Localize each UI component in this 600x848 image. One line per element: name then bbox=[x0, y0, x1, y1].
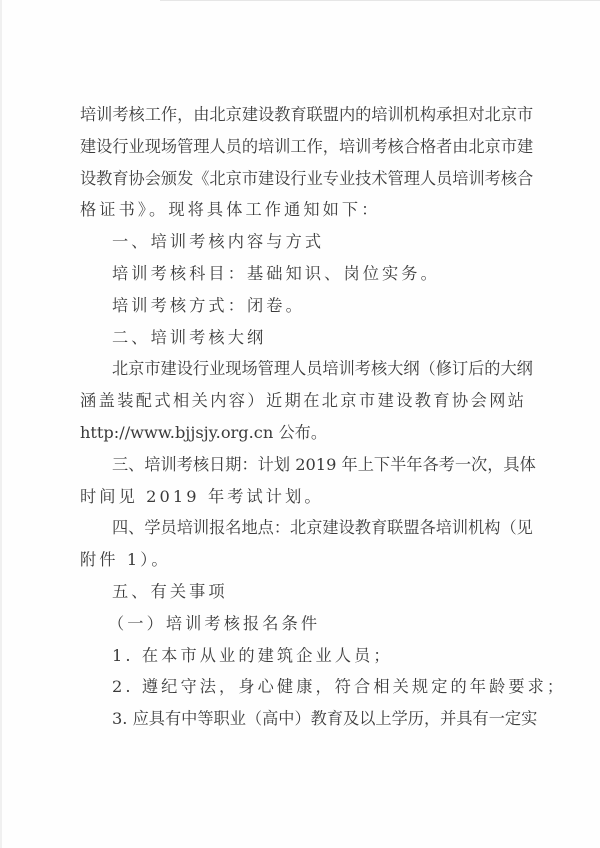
document-body: 培训考核工作，由北京建设教育联盟内的培训机构承担对北京市 建设行业现场管理人员的… bbox=[80, 99, 524, 735]
section-heading-5: 五、有关事项 bbox=[80, 576, 524, 608]
paragraph-line: 培训考核工作，由北京建设教育联盟内的培训机构承担对北京市 bbox=[80, 99, 524, 131]
paragraph-line: 建设行业现场管理人员的培训工作，培训考核合格者由北京市建 bbox=[80, 131, 524, 163]
section-heading-1: 一、培训考核内容与方式 bbox=[80, 226, 524, 258]
paragraph-line: 设教育协会颁发《北京市建设行业专业技术管理人员培训考核合 bbox=[80, 163, 524, 195]
list-item: 1. 在本市从业的建筑企业人员； bbox=[80, 640, 524, 672]
paragraph-line: 时间见 2019 年考试计划。 bbox=[80, 481, 524, 513]
paragraph-line: 北京市建设行业现场管理人员培训考核大纲（修订后的大纲 bbox=[80, 353, 524, 385]
section-heading-2: 二、培训考核大纲 bbox=[80, 322, 524, 354]
paragraph-line: 附件 1）。 bbox=[80, 544, 524, 576]
exam-subjects-line: 培训考核科目：基础知识、岗位实务。 bbox=[80, 258, 524, 290]
paragraph-line: 涵盖装配式相关内容）近期在北京市建设教育协会网站 bbox=[80, 385, 524, 417]
subsection-heading-1: （一）培训考核报名条件 bbox=[80, 608, 524, 640]
list-item: 3. 应具有中等职业（高中）教育及以上学历，并具有一定实 bbox=[80, 703, 524, 735]
scan-left-edge bbox=[0, 0, 2, 848]
paragraph-line: 格证书》。现将具体工作通知如下： bbox=[80, 194, 524, 226]
scan-top-edge bbox=[160, 0, 600, 1]
exam-method-line: 培训考核方式：闭卷。 bbox=[80, 290, 524, 322]
list-item: 2. 遵纪守法，身心健康，符合相关规定的年龄要求； bbox=[80, 671, 524, 703]
scanned-document-page: 培训考核工作，由北京建设教育联盟内的培训机构承担对北京市 建设行业现场管理人员的… bbox=[0, 0, 600, 848]
website-link-line: http://www.bjjsjy.org.cn 公布。 bbox=[80, 417, 524, 449]
section-heading-4: 四、学员培训报名地点：北京建设教育联盟各培训机构（见 bbox=[80, 512, 524, 544]
section-heading-3: 三、培训考核日期：计划 2019 年上下半年各考一次，具体 bbox=[80, 449, 524, 481]
